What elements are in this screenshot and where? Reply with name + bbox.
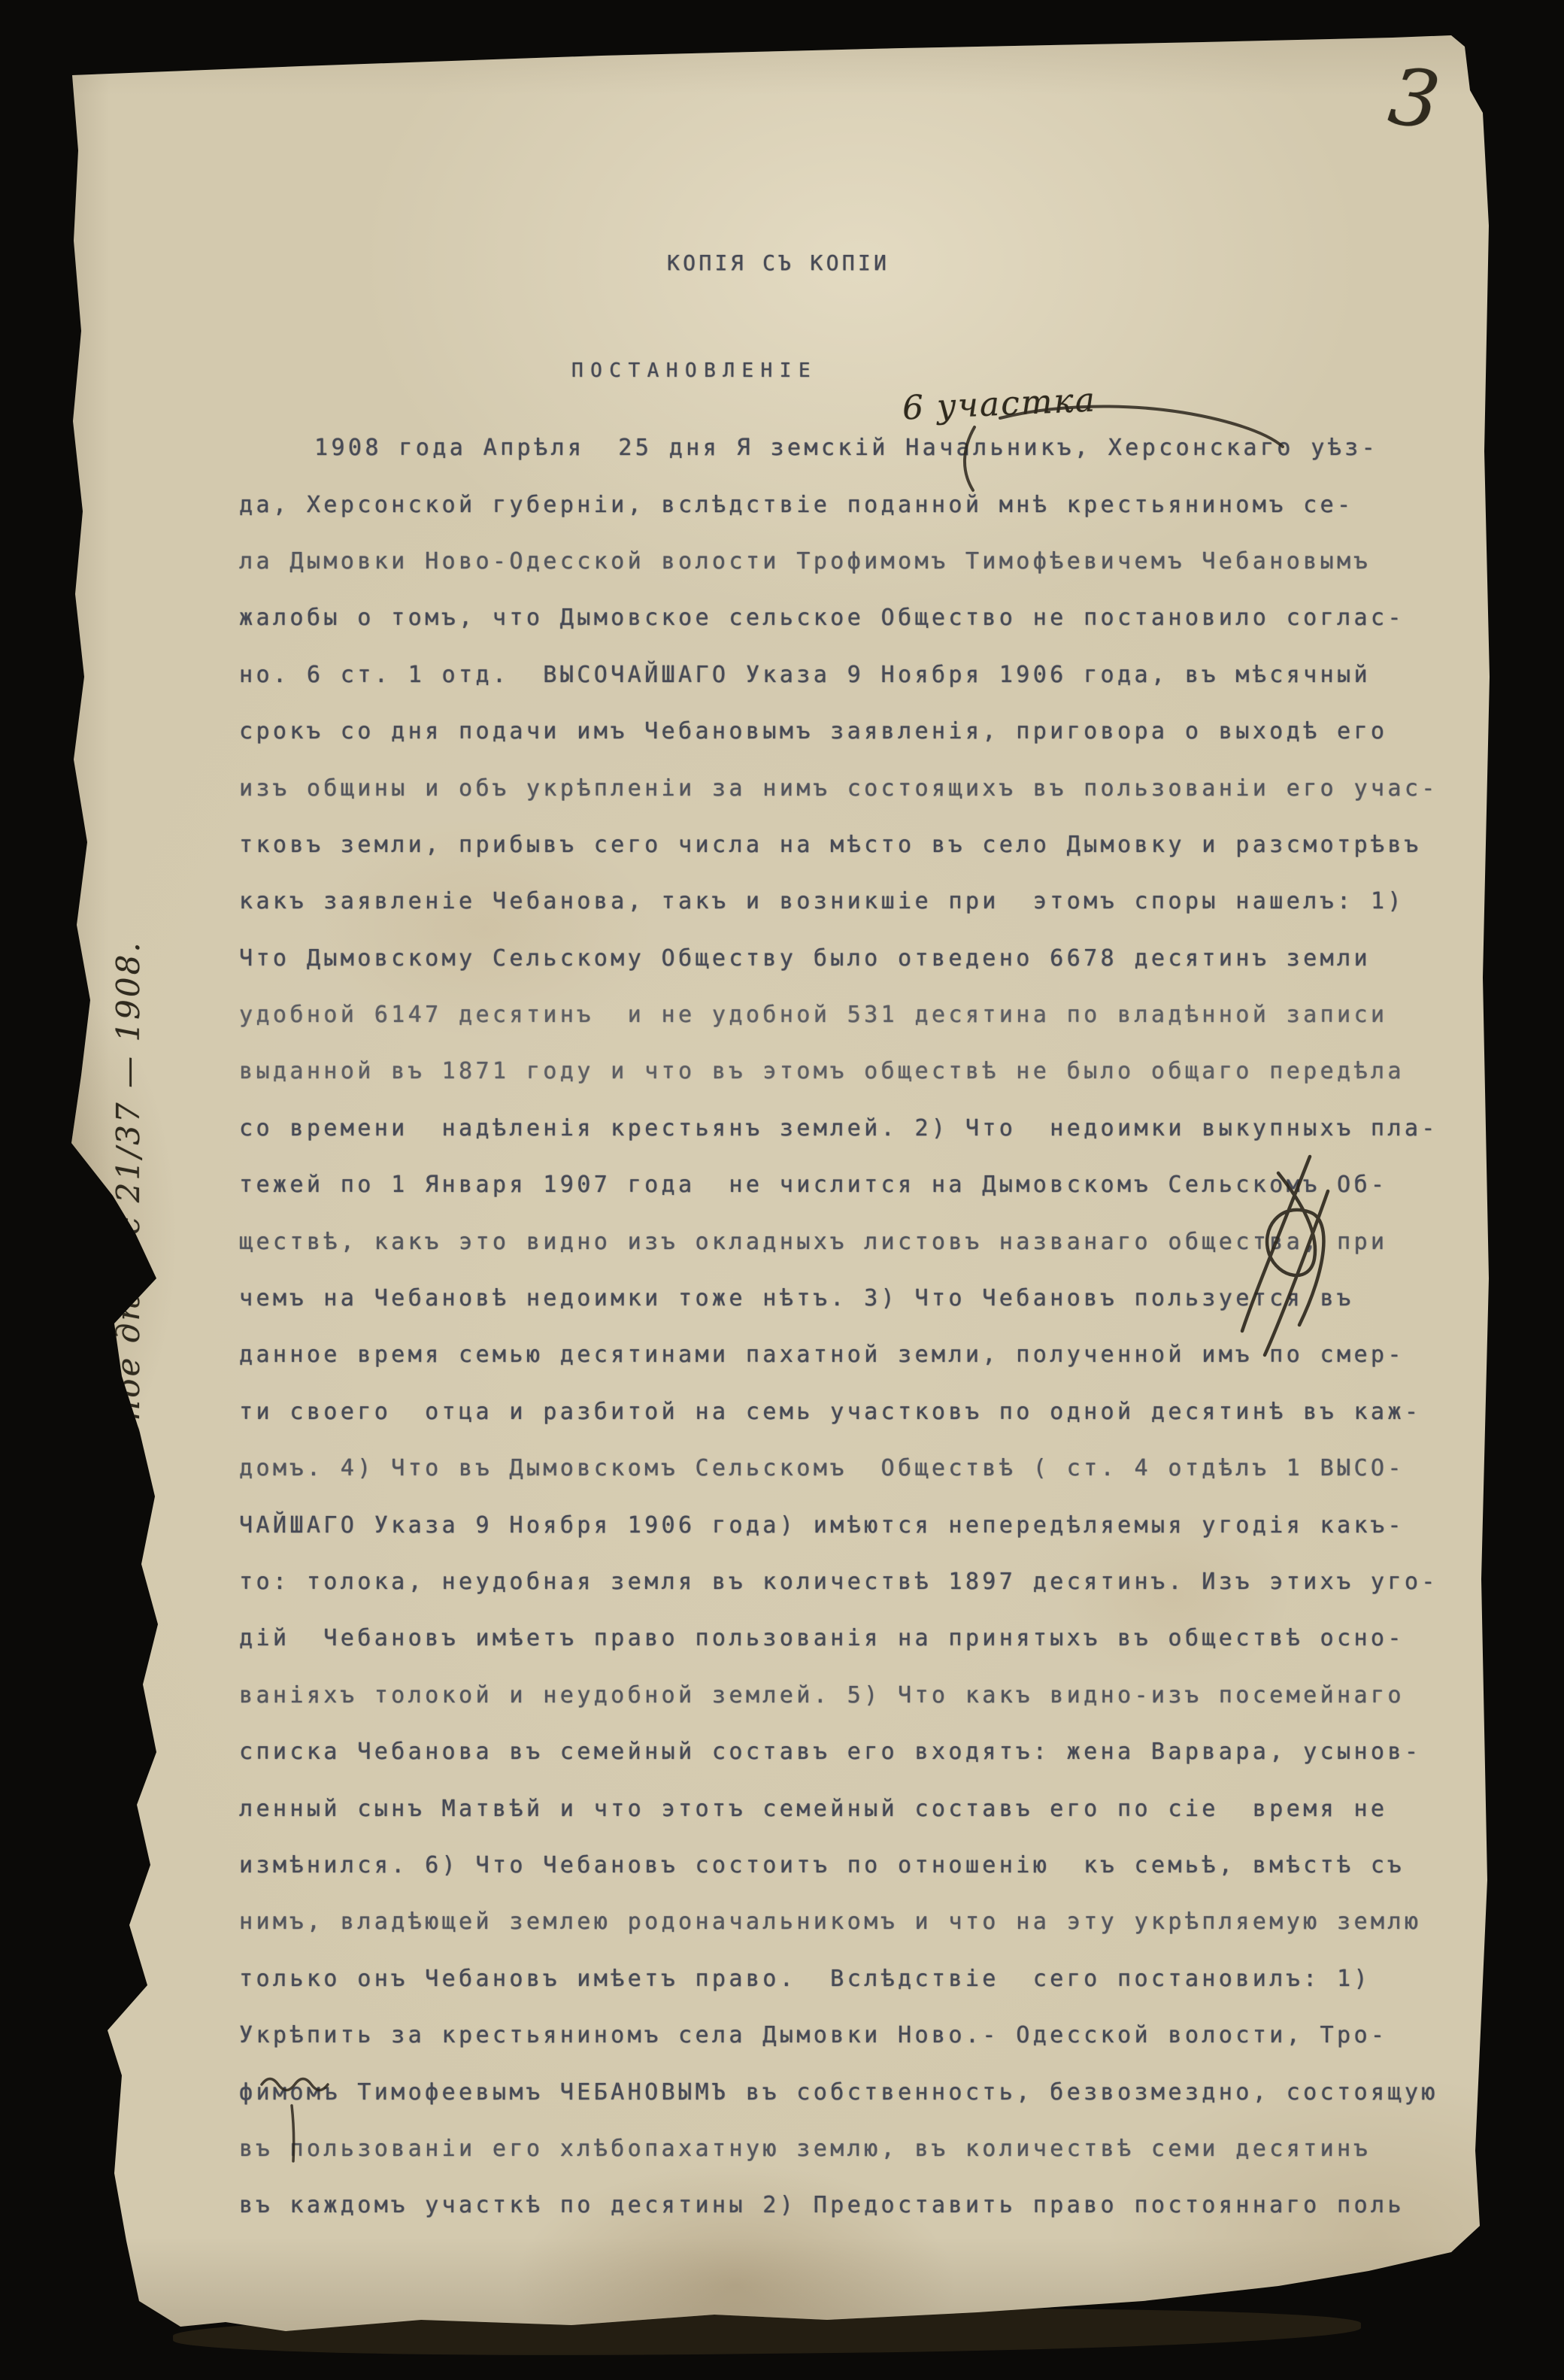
typewritten-line: удобной 6147 десятинъ и не удобной 531 д… — [239, 987, 1487, 1043]
typewritten-line: но. 6 ст. 1 отд. ВЫСОЧАЙШАГО Указа 9 Ноя… — [239, 647, 1487, 703]
typewritten-line: со времени надѣленія крестьянъ землей. 2… — [239, 1100, 1487, 1157]
typewritten-line: срокъ со дня подачи имъ Чебановымъ заявл… — [239, 703, 1487, 759]
copy-heading: КОПІЯ СЪ КОПІИ — [667, 250, 890, 275]
document-body: 1908 года Апрѣля 25 дня Я земскій Началь… — [239, 420, 1487, 2234]
typewritten-line: дій Чебановъ имѣетъ право пользованія на… — [239, 1610, 1487, 1666]
typewritten-line: въ каждомъ участкѣ по десятины 2) Предос… — [239, 2177, 1487, 2233]
typewritten-line: какъ заявленіе Чебанова, такъ и возникші… — [239, 873, 1487, 929]
typewritten-line: ваніяхъ толокой и неудобной землей. 5) Ч… — [239, 1667, 1487, 1724]
typewritten-line: только онъ Чебановъ имѣетъ право. Вслѣдс… — [239, 1951, 1487, 2007]
typewritten-line: Укрѣпить за крестьяниномъ села Дымовки Н… — [239, 2007, 1487, 2063]
typewritten-line: да, Херсонской губерніи, вслѣдствіе пода… — [239, 476, 1487, 532]
typewritten-line: ла Дымовки Ново-Одесской волости Трофимо… — [239, 533, 1487, 590]
typewritten-line: жалобы о томъ, что Дымовское сельское Об… — [239, 590, 1487, 646]
typewritten-line: выданной въ 1871 году и что въ этомъ общ… — [239, 1043, 1487, 1099]
document-page: 3 КОПІЯ СЪ КОПІИ ПОСТАНОВЛЕНІЕ 6 участка… — [0, 0, 1564, 2380]
document-title: ПОСТАНОВЛЕНІЕ — [571, 359, 817, 382]
typewritten-line: ществѣ, какъ это видно изъ окладныхъ лис… — [239, 1213, 1487, 1269]
typewritten-line: 1908 года Апрѣля 25 дня Я земскій Началь… — [239, 420, 1487, 476]
typewritten-line: тковъ земли, прибывъ сего числа на мѣсто… — [239, 817, 1487, 873]
typewritten-line: нимъ, владѣющей землею родоначальникомъ … — [239, 1893, 1487, 1950]
typewritten-line: тежей по 1 Января 1907 года не числится … — [239, 1157, 1487, 1213]
typewritten-line: изъ общины и объ укрѣпленіи за нимъ сост… — [239, 759, 1487, 816]
typewritten-line: ти своего отца и разбитой на семь участк… — [239, 1384, 1487, 1440]
typewritten-line: данное время семью десятинами пахатной з… — [239, 1326, 1487, 1383]
typewritten-line: фимомъ Тимофеевымъ ЧЕБАНОВЫМЪ въ собстве… — [239, 2063, 1487, 2120]
typewritten-line: ЧАЙШАГО Указа 9 Ноября 1906 года) имѣютс… — [239, 1496, 1487, 1553]
typewritten-line: чемъ на Чебановѣ недоимки тоже нѣтъ. 3) … — [239, 1270, 1487, 1326]
typewritten-line: списка Чебанова въ семейный составъ его … — [239, 1724, 1487, 1780]
typewritten-line: домъ. 4) Что въ Дымовскомъ Сельскомъ Общ… — [239, 1440, 1487, 1496]
typewritten-line: въ пользованіи его хлѣбопахатную землю, … — [239, 2121, 1487, 2177]
photo-background: 3 КОПІЯ СЪ КОПІИ ПОСТАНОВЛЕНІЕ 6 участка… — [0, 0, 1564, 2380]
typewritten-line: измѣнился. 6) Что Чебановъ состоитъ по о… — [239, 1837, 1487, 1893]
page-number: 3 — [1384, 50, 1445, 147]
typewritten-line: то: толока, неудобная земля въ количеств… — [239, 1554, 1487, 1610]
typewritten-line: ленный сынъ Матвѣй и что этотъ семейный … — [239, 1780, 1487, 1836]
typewritten-line: Что Дымовскому Сельскому Обществу было о… — [239, 930, 1487, 987]
margin-note: Административное дѣло с 21/37 — 1908. — [110, 711, 147, 1737]
